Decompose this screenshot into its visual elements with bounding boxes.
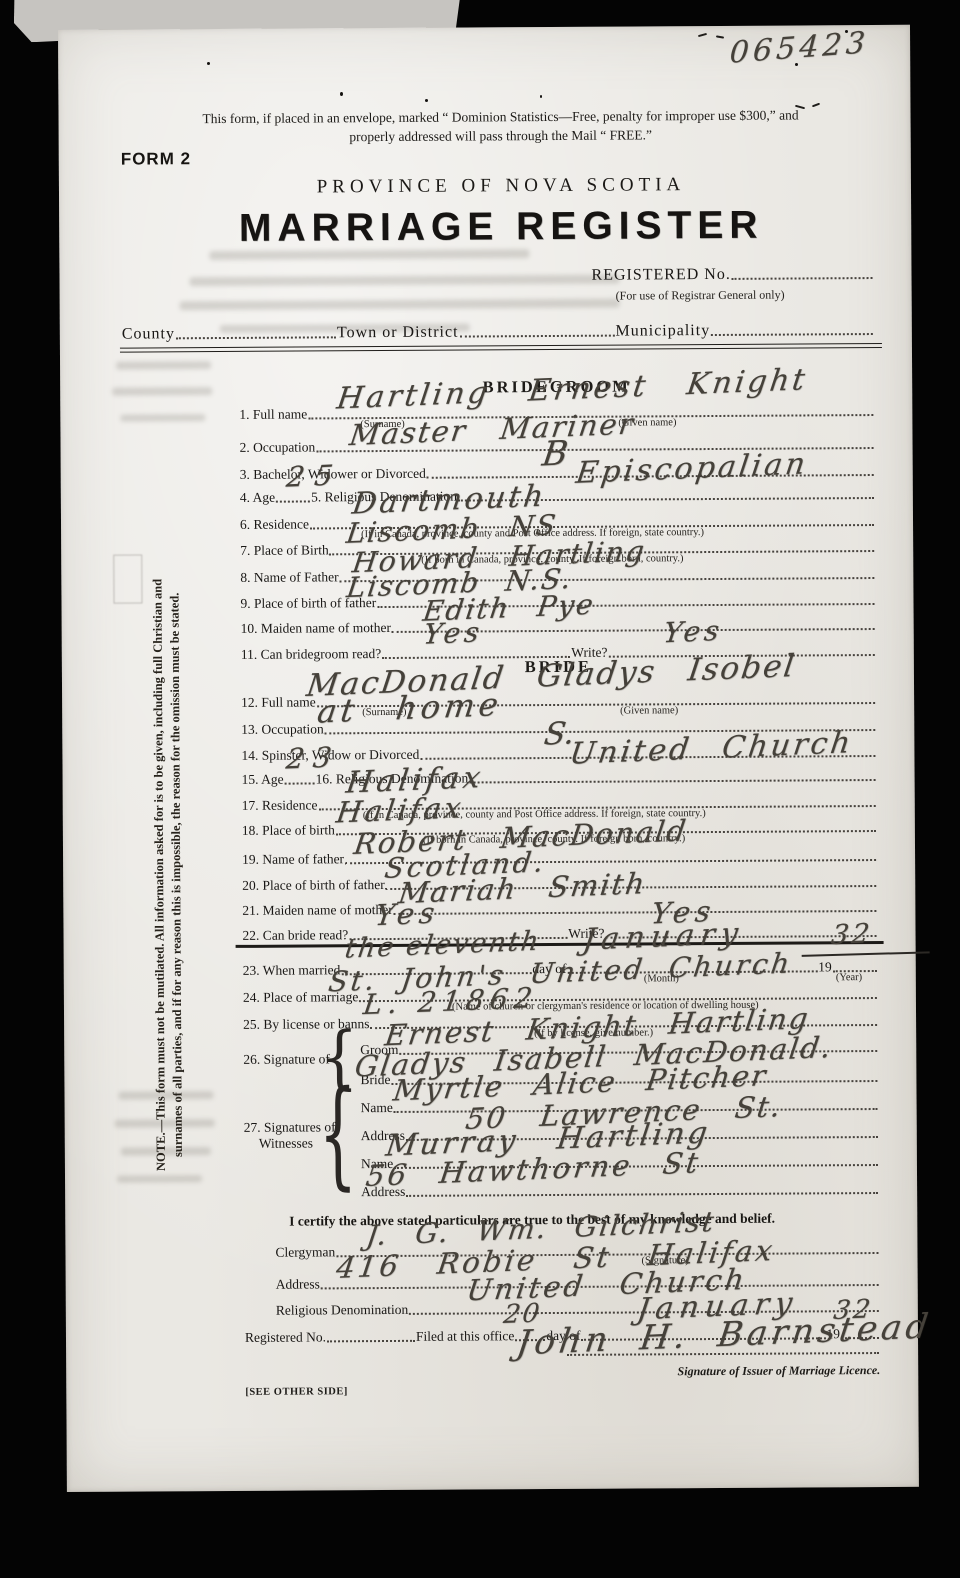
field-4-value-handwriting: 25 xyxy=(285,461,345,491)
dotted-line xyxy=(394,910,877,915)
field-13-value-handwriting: at home xyxy=(315,688,504,728)
denomination-label: Religious Denomination xyxy=(276,1301,408,1319)
field-10-label: 10. Maiden name of mother xyxy=(241,619,391,637)
field-23-year-handwriting: 32 xyxy=(830,920,874,949)
county-label: County xyxy=(122,325,175,342)
field-16-value-handwriting: United Church xyxy=(568,728,855,770)
dotted-line xyxy=(711,333,873,336)
field-17-label: 17. Residence xyxy=(242,796,318,813)
dotted-line xyxy=(285,782,315,784)
scan-speck xyxy=(540,95,542,98)
year-prefix: 19 xyxy=(818,958,832,975)
field-18-label: 18. Place of birth xyxy=(242,821,335,839)
margin-note-line2: surnames of all parties, and if for any … xyxy=(166,552,187,1197)
field-5-value-handwriting: Episcopalian xyxy=(574,449,810,488)
dotted-line xyxy=(406,1192,878,1197)
dotted-line xyxy=(276,500,310,502)
serial-number-handwriting: 065423 xyxy=(729,28,870,68)
form-number: FORM 2 xyxy=(121,149,191,169)
field-7-label: 7. Place of Birth xyxy=(240,541,329,559)
field-11-read-handwriting: Yes xyxy=(422,618,485,648)
field-15-label: 15. Age xyxy=(242,771,284,788)
field-6-label: 6. Residence xyxy=(240,515,309,532)
dotted-line xyxy=(460,335,615,338)
scan-speck xyxy=(340,92,343,96)
year-note: (Year) xyxy=(836,972,862,983)
field-19-label: 19. Name of father xyxy=(242,850,344,868)
mail-note-line2: properly addressed will pass through the… xyxy=(181,124,821,147)
issuer-signature-label: Signature of Issuer of Marriage Licence. xyxy=(566,1363,880,1380)
bleed-through-box xyxy=(113,554,142,603)
field-11-write-handwriting: Yes xyxy=(662,617,725,647)
scan-speck xyxy=(207,62,210,65)
scan-speck xyxy=(795,63,798,66)
name-label: Name xyxy=(361,1099,393,1116)
bleed-through-smudge xyxy=(112,387,212,396)
province-heading: PROVINCE OF NOVA SCOTIA xyxy=(181,173,821,199)
field-3-value-handwriting: B xyxy=(540,436,570,471)
bleed-through-smudge xyxy=(116,361,211,370)
registered-no-label: REGISTERED No. xyxy=(591,266,730,284)
marriage-register-form-page: 065423 This form, if placed in an envelo… xyxy=(58,25,919,1492)
registered-no-row: REGISTERED No. xyxy=(591,265,873,284)
mail-note-line1: This form, if placed in an envelope, mar… xyxy=(180,105,820,128)
clergyman-label: Clergyman xyxy=(275,1243,335,1260)
field-22-read-handwriting: Yes xyxy=(373,899,441,931)
given-name-note: (Given name) xyxy=(620,705,678,716)
scan-speck xyxy=(425,99,428,102)
margin-note: NOTE.—This form must not be mutilated. A… xyxy=(149,552,187,1197)
municipality-label: Municipality xyxy=(615,322,710,340)
field-22-label: 22. Can bride read? xyxy=(242,926,348,944)
mail-instruction-note: This form, if placed in an envelope, mar… xyxy=(180,105,820,147)
bleed-through-smudge xyxy=(120,414,205,422)
brace-27: { xyxy=(318,1076,357,1193)
page-title: MARRIAGE REGISTER xyxy=(181,203,821,251)
address-label: Address xyxy=(276,1275,320,1292)
dotted-line xyxy=(732,277,873,280)
field-21-label: 21. Maiden name of mother xyxy=(242,901,392,919)
dotted-line xyxy=(469,779,875,783)
dotted-line xyxy=(327,1340,415,1343)
registrar-only-note: (For use of Registrar General only) xyxy=(616,288,785,304)
bleed-through-smudge xyxy=(190,275,620,287)
town-district-label: Town or District xyxy=(337,324,459,342)
field-13-label: 13. Occupation xyxy=(241,720,324,738)
county-town-municipality-row: County Town or District Municipality xyxy=(122,321,874,343)
bleed-through-smudge xyxy=(180,299,620,311)
double-rule xyxy=(120,343,882,353)
field-27-label-line2: Witnesses xyxy=(259,1134,313,1151)
scanned-document: 065423 This form, if placed in an envelo… xyxy=(0,0,960,1578)
field-1-label: 1. Full name xyxy=(239,405,307,422)
field-8-label: 8. Name of Father xyxy=(240,568,338,586)
scan-speck xyxy=(845,30,848,33)
field-2-label: 2. Occupation xyxy=(240,438,316,455)
registered-label: Registered No. xyxy=(245,1328,326,1345)
stray-line xyxy=(802,951,930,956)
field-20-label: 20. Place of birth of father xyxy=(242,876,385,894)
field-26-label: 26. Signature of xyxy=(243,1050,330,1068)
field-4-label: 4. Age xyxy=(240,489,275,506)
see-other-side-note: [SEE OTHER SIDE] xyxy=(245,1386,348,1398)
dotted-line xyxy=(176,336,336,339)
field-15-value-handwriting: 23 xyxy=(284,743,342,773)
field-23-label: 23. When married xyxy=(243,961,341,979)
filed-label: Filed at this office xyxy=(416,1327,514,1345)
